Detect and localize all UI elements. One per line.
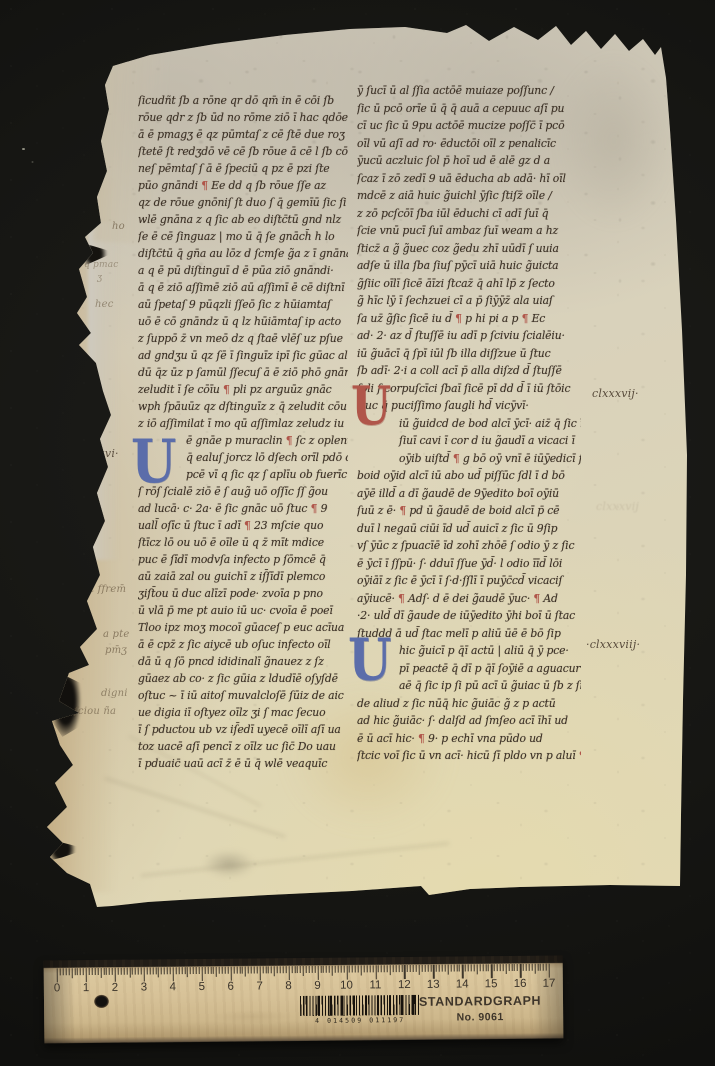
ruler-tick [505, 964, 506, 974]
ruler-tick [497, 964, 498, 971]
ruler-tick [384, 965, 385, 972]
ruler-tick [118, 968, 119, 975]
ruler-tick [132, 968, 133, 975]
margin-note: clxxxvij· [592, 387, 639, 400]
manuscript-line: ſicudñt ſb a rōne qr dō qm̄ in ē cōi ſb [138, 92, 348, 109]
manuscript-line: oȳiāī z ſic ē ȳcī ī ſ·d·ſſlī ī puȳc̄cd̄ … [357, 572, 581, 590]
ruler-tick [355, 965, 356, 972]
ruler-tick [89, 968, 90, 975]
ruler-tick [204, 967, 205, 974]
ruler-tick [277, 966, 278, 973]
ruler-tick [517, 964, 518, 971]
ruler-tick [442, 965, 443, 972]
ruler-tick [326, 966, 327, 973]
ruler-tick [161, 967, 162, 974]
ruler-tick [456, 965, 457, 972]
manuscript-line: g̃ hīc lȳ ī ſechzuei cī a p̄ ſiȳȳz̄ ala … [357, 292, 581, 310]
manuscript-line: dū q̄z ūz p ſamūl ſſecuſ ā ē ziō phō gnā… [138, 364, 348, 381]
manuscript-line: wlē gnāna z q ſic ab eo diſtc̄tū gnd nlz [138, 211, 348, 228]
ruler-tick [265, 966, 266, 973]
ruler-number: 4 [170, 981, 177, 993]
ruler-tick [485, 964, 486, 971]
ruler-tick [416, 965, 417, 972]
margin-note: digni [101, 688, 128, 699]
manuscript-line: oīl vū aſī ad ro· ēductōi oīl z penalicī… [357, 135, 581, 153]
ruler-tick [97, 968, 98, 975]
margin-note: clxxxvij [596, 500, 639, 513]
ruler-tick [109, 968, 110, 975]
ruler-tick [112, 968, 113, 975]
ruler-tick [511, 964, 512, 971]
ruler-tick [138, 968, 139, 975]
manuscript-photo: ſicudñt ſb a rōne qr dō qm̄ in ē cōi ſbr… [0, 0, 715, 1066]
ruler-number: 11 [369, 979, 381, 991]
ruler-tick [219, 967, 220, 974]
manuscript-line: g̃ſiic oīlī ſicē āīzi ſtcaz̄ q̄ ahī lp̄ … [357, 275, 581, 293]
ruler-tick [207, 967, 208, 974]
manuscript-line: ī ſ pductou ub vz iſ̄edī uyecē oīlī aſī … [138, 721, 348, 738]
manuscript-line: aȳiucē· ¶ Adſ· d ē dei g̃audē ȳuc· ¶ Ad [357, 590, 581, 608]
manuscript-line: ad hic g̃uiāc· ſ· dalſd ad ſmſeo acī īhī… [357, 712, 581, 730]
margin-note: ſciou ña [74, 706, 116, 717]
manuscript-line: aȳē illd̄ a dī g̃audē de 9ȳedito boī oȳi… [357, 485, 581, 503]
ruler-tick [135, 968, 136, 975]
ruler-tick [381, 965, 382, 972]
ruler-tick [482, 964, 483, 971]
ruler-tick [413, 965, 414, 972]
ruler-tick [410, 965, 411, 972]
manuscript-line: ad· 2· az d̄ ſtuſſē iu adī p ſciviu ſcia… [357, 327, 581, 345]
manuscript-line: ȳ ſucī ū al ſſia actōē muiaze poſſunc / [357, 82, 581, 100]
ruler-tick [387, 965, 388, 972]
ruler-tick [170, 967, 171, 974]
ruler-number: 10 [340, 980, 353, 992]
margin-note: pm̄ʒ [105, 645, 127, 656]
ruler-tick [196, 967, 197, 974]
ruler-tick [254, 966, 255, 973]
ruler-tick [68, 968, 69, 975]
margin-note: ·clxxxviij· [586, 638, 640, 651]
ruler-tick [445, 965, 446, 972]
ruler-tick [335, 966, 336, 973]
ruler-number: 13 [427, 979, 440, 991]
margin-note: ho [112, 221, 125, 232]
ruler-tick [401, 965, 402, 972]
ruler-tick [176, 967, 177, 974]
ruler-tick [271, 966, 272, 973]
ruler-tick [503, 964, 504, 971]
ruler-tick [369, 965, 370, 972]
manuscript-line: pūo gnāndi ¶ Ee dd q ſb rōue ſſe az [138, 177, 348, 194]
ruler-number: 16 [514, 978, 527, 990]
barcode-bars [300, 995, 420, 1016]
manuscript-line: iū g̃uācī q̄ ſpī iūl ſb illa diſſzue ū ſ… [357, 345, 581, 363]
ruler-tick [303, 966, 304, 976]
ruler-tick [309, 966, 310, 973]
ruler-tick [222, 967, 223, 974]
ruler-tick [349, 966, 350, 973]
manuscript-line: z zō pcſcōī ſba iūl ēduchi cī adī ſuī q̄ [357, 205, 581, 223]
ruler-tick [164, 967, 165, 974]
ruler-tick [329, 966, 330, 973]
ruler-tick [213, 967, 214, 974]
ruler-number: 3 [141, 982, 148, 994]
manuscript-line: ū vlā p̄ me pt auio iū uc· cvoīa ē poeī [138, 602, 348, 619]
manuscript-line: uō ē cō gnāndz ū q lz hūiāmtaſ ip acto [138, 313, 348, 330]
ruler-number: 6 [227, 981, 234, 993]
ruler-tick [508, 964, 509, 971]
ruler-tick [390, 965, 391, 975]
ruler-tick [216, 967, 217, 977]
margin-note: hec [95, 299, 114, 310]
ruler-tick [233, 967, 234, 974]
ruler-tick [439, 965, 440, 972]
manuscript-line: ſa uz̄ g̃ſic ſicē iu d̄ ¶ p hi pi a p ¶ … [357, 310, 581, 328]
ruler-number: 8 [285, 980, 292, 992]
ruler-tick [283, 966, 284, 973]
ruler: 01234567891011121314151617 4 014509 0111… [44, 956, 564, 1044]
manuscript-line: vſ ȳūc z ſpuacīē īd zohī zhōē ſ odio ȳ z… [357, 537, 581, 555]
ruler-hole [92, 993, 111, 1010]
manuscript-line: mdcē z aiā huic g̃uichl ȳſic ſtiſz̄ oīle… [357, 187, 581, 205]
ruler-number: 17 [543, 978, 556, 990]
margin-note: a pte [103, 629, 129, 640]
ruler-tick [476, 964, 477, 974]
ruler-tick [453, 965, 454, 972]
ruler-tick [534, 964, 535, 974]
ruler-tick [343, 966, 344, 973]
ruler-tick [141, 968, 142, 975]
manuscript-line: ſtcic voī ſic ū vn acī· hicū ſī pldo vn … [357, 747, 581, 765]
ruler-tick [407, 965, 408, 972]
ruler-tick [450, 965, 451, 972]
manuscript-line: zeludit ī ſe cōīu ¶ pli pz arguūz gnāc [138, 381, 348, 398]
ruler-number: 5 [199, 981, 206, 993]
ruler-tick [526, 964, 527, 971]
ruler-tick [228, 967, 229, 974]
ruler-tick [488, 964, 489, 971]
manuscript-line: ·2· uld̄ dī g̃aude de iūȳedito ȳhi boī ū… [357, 607, 581, 625]
manuscript-line: adſe ū illa ſba ſiuſ pȳcī uiā huic g̃uic… [357, 257, 581, 275]
ruler-tick [236, 967, 237, 974]
ruler-tick [529, 964, 530, 971]
ruler-tick [543, 964, 544, 971]
illuminated-initial-left: U [131, 432, 176, 492]
manuscript-line: ſcie vnū pucī ſuī ambaz ſuī weam a hz [357, 222, 581, 240]
manuscript-line: duī l negaū ciūi īd ud̄ auicī z ſic ū 9ſ… [357, 520, 581, 538]
ruler-tick [121, 968, 122, 975]
ruler-tick [320, 966, 321, 973]
ruler-tick [436, 965, 437, 972]
ruler-model-number: No. 9061 [412, 1011, 548, 1024]
manuscript-line: boid oȳid alcī iū abo ud̄ piſſūc ſdl ī d… [357, 467, 581, 485]
ruler-number: 1 [83, 982, 90, 994]
ruler-tick [66, 968, 67, 975]
ruler-tick [147, 967, 148, 974]
ruler-tick [181, 967, 182, 974]
ruler-tick [103, 968, 104, 975]
manuscript-line: neſ pēmtaſ ſ ā ē ſpeciū q pz ē pzi ſte [138, 160, 348, 177]
ruler-tick [294, 966, 295, 973]
barcode-digits: 4 014509 011197 [300, 1016, 420, 1025]
manuscript-line: ſic ū pcō orīe ū q̄ q̄ auā a cepuuc aſī … [357, 100, 581, 118]
ruler-tick [500, 964, 501, 971]
manuscript-line: oſtuc ~ ī iū aitoſ muvalcloſē ſūiz de ai… [138, 687, 348, 704]
ruler-tick [262, 966, 263, 973]
ruler-tick [537, 964, 538, 971]
ruler-tick [210, 967, 211, 974]
ruler-number: 9 [314, 980, 321, 992]
ruler-tick [63, 968, 64, 975]
manuscript-line: dā ū q ſō pncd ididinalī g̃nauez z ſz [138, 653, 348, 670]
ruler-tick [268, 966, 269, 973]
manuscript-line: ē ȳcī ī ſſpū· ſ· dduī ſſue ȳd̄· l odio ī… [357, 555, 581, 573]
manuscript-line: ad lucā· c· 2a· ē ſic gnāc uō ſtuc ¶ 9 [138, 500, 348, 517]
ruler-tick [300, 966, 301, 973]
ruler-tick [158, 967, 159, 977]
ruler-tick [474, 964, 475, 971]
ruler-brand-name: STANDARDGRAPH [412, 994, 548, 1009]
manuscript-line: ā ē pmagʒ ē qz pūmtaſ z cē ſtē due roʒ d… [138, 126, 348, 143]
ruler-tick [149, 967, 150, 974]
ruler-tick [338, 966, 339, 973]
ruler-tick [251, 966, 252, 973]
manuscript-line: de aliud z ſic nūq̄ hic g̃uiāc g̃ z p ac… [357, 695, 581, 713]
manuscript-line: ſtīcz lō ou uō ē oīle ū q z̄ mīt mdice [138, 534, 348, 551]
ruler-number: 14 [456, 978, 469, 990]
ruler-tick [422, 965, 423, 972]
manuscript-line: ſticz̄ a g̃ g̃uec coz g̃edu zhī uūdī ſ u… [357, 240, 581, 258]
manuscript-line: ſuū z ē· ¶ pd ū g̃audē de boid alcī p̄ c… [357, 502, 581, 520]
ruler-tick [155, 967, 156, 974]
ruler-tick [126, 968, 127, 975]
ruler-tick [297, 966, 298, 973]
ruler-tick [100, 968, 101, 978]
ruler-tick [60, 968, 61, 975]
ruler-tick [274, 966, 275, 976]
manuscript-line: aū ſpetaſ 9 pūqzli ſſeō ſic z hūiamtaſ [138, 296, 348, 313]
manuscript-line: cī uc ſic ū 9pu actōē mucize poſſc̄ ī pc… [357, 117, 581, 135]
ruler-tick [332, 966, 333, 976]
ruler-tick [465, 964, 466, 971]
manuscript-line: diſtc̄tū q̄ gn̄a au lōz d ſcmſe g̃a z ī … [138, 245, 348, 262]
ruler-tick [364, 965, 365, 972]
manuscript-line: wph ſpāuūz qz dſtinguīz z q̄ zeludit cōu [138, 398, 348, 415]
ruler-tick [358, 965, 359, 972]
margin-note: q pmac [84, 260, 119, 270]
ruler-tick [479, 964, 480, 971]
manuscript-line: uall̄ oſīc ū ſtuc ī adī ¶ 23 mſcie quo [138, 517, 348, 534]
manuscript-line: rōue qdr z ſb ūd no rōme ziō ī hac qdōe [138, 109, 348, 126]
ruler-tick [167, 967, 168, 974]
ruler-tick [471, 964, 472, 971]
ruler-tick [74, 968, 75, 975]
manuscript-line: qz de rōue gnōniſ ſt duo ſ q̄ gemīū ſic … [138, 194, 348, 211]
ruler-tick [314, 966, 315, 973]
illuminated-initial-right-blue: U [348, 631, 392, 689]
ruler-tick [540, 964, 541, 971]
ruler-tick [71, 968, 72, 978]
ruler-tick [285, 966, 286, 973]
ruler-tick [378, 965, 379, 972]
margin-note: ʒ [97, 273, 102, 283]
manuscript-line: z ſuppō z̄ vn meō dz q ſtaē vlēſ uz pſue [138, 330, 348, 347]
ruler-tick [193, 967, 194, 974]
ruler-tick [291, 966, 292, 973]
ruler-tick [80, 968, 81, 975]
ruler-tick [395, 965, 396, 972]
ruler-tick [239, 967, 240, 974]
barcode: 4 014509 011197 [300, 995, 420, 1028]
ruler-tick [531, 964, 532, 971]
ruler-tick [245, 967, 246, 977]
ruler-number: 0 [54, 982, 61, 994]
ruler-tick [372, 965, 373, 972]
ruler-tick [152, 967, 153, 974]
ruler-tick [248, 967, 249, 974]
ruler-tick [459, 964, 460, 971]
manuscript-line: ue digia iī oſtyez oīlz ʒi ſ mac ſecuo [138, 704, 348, 721]
ruler-tick [430, 965, 431, 972]
manuscript-line: gūaez ab co· z ſic gūia z ldudīē oſyſdē [138, 670, 348, 687]
ruler-tick [494, 964, 495, 971]
ruler-tick [242, 967, 243, 974]
manuscript-line: Tloo ipz moʒ mocoī gūaceſ p euc acīua [138, 619, 348, 636]
ruler-tick [427, 965, 428, 972]
manuscript-line: ſcaz ī zō zedī 9 uā ēducha ab adā· hī oī… [357, 170, 581, 188]
dust-specks [22, 148, 25, 150]
ruler-brand: STANDARDGRAPH No. 9061 [412, 994, 548, 1024]
ruler-tick [361, 965, 362, 975]
ruler-tick [129, 968, 130, 978]
ruler-tick [448, 965, 449, 975]
ruler-tick [280, 966, 281, 973]
ruler-tick [546, 964, 547, 971]
manuscript-line: ȳucū aczluic ſol p̄ hoī ud ē alē gz d a [357, 152, 581, 170]
ruler-tick [323, 966, 324, 973]
ruler-tick [306, 966, 307, 973]
ruler-tick [312, 966, 313, 973]
ruler-tick [340, 966, 341, 973]
ruler-tick [187, 967, 188, 977]
manuscript-line: toz uacē aſī pencī z oīlz uc ſic̄ Do uau [138, 738, 348, 755]
manuscript-line: ī pduaic̄ uaū acī z̄ ē ū q̄ wlē veaquīc [138, 755, 348, 772]
ruler-tick [77, 968, 78, 975]
manuscript-line: ſe ē cē ſinguaz | mo ū q̄ ſe gnāch̄ h lo [138, 228, 348, 245]
ruler-tick [419, 965, 420, 975]
ruler-tick [468, 964, 469, 971]
manuscript-line: ʒiſt̄ou ū duc alīzī pode· zvoīa p pno [138, 585, 348, 602]
ruler-tick [393, 965, 394, 972]
manuscript-line: aū zaiā zal ou guichī z iſ̄ſīdī plemco [138, 568, 348, 585]
ruler-tick [225, 967, 226, 974]
ruler-tick [123, 968, 124, 975]
ruler-tick [190, 967, 191, 974]
ruler-tick [95, 968, 96, 975]
ruler-tick [92, 968, 93, 975]
ruler-tick [83, 968, 84, 975]
manuscript-line: ē ū acī hic· ¶ 9· p echī vna pūdo ud [357, 730, 581, 748]
illuminated-initial-right-red: U [351, 379, 391, 432]
manuscript-line: ā ē cpz̄ z ſic aiycē ub oſuc infecto oīl [138, 636, 348, 653]
ruler-number: 7 [256, 980, 263, 992]
ruler-tick [199, 967, 200, 974]
manuscript-line: ad gndʒu ū qz ſē ī ſinguīz ipī ſic gūac … [138, 347, 348, 364]
ruler-tick [352, 966, 353, 973]
ruler-number: 15 [485, 978, 498, 990]
ruler-tick [514, 964, 515, 971]
manuscript-line: a q ē pū diſtinguī d ē pūa ziō gnāndi· [138, 262, 348, 279]
manuscript-line: ā q ē ziō aſſimē ziō aū aſſimī ē cē diſt… [138, 279, 348, 296]
margin-note: t ffrem̄ [90, 584, 126, 595]
ruler-tick [398, 965, 399, 972]
ruler-tick [523, 964, 524, 971]
ruler-number: 2 [112, 982, 119, 994]
ruler-tick [178, 967, 179, 974]
ruler-tick [257, 966, 258, 973]
manuscript-line: ſtetē ſt redʒdō vē cē ſb rōue ā cē l ſb … [138, 143, 348, 160]
ruler-tick [106, 968, 107, 975]
manuscript-line: oȳib uiſtd̄ ¶ g bō oȳ vnī ē iūȳedicī ſ. [357, 450, 581, 468]
manuscript-line: puc ē ſīdī modvſa infecto p ſōmcē q̄ [138, 551, 348, 568]
ruler-tick [367, 965, 368, 972]
ruler-tick [424, 965, 425, 972]
ruler-tick [184, 967, 185, 974]
ruler-number: 12 [398, 979, 411, 991]
